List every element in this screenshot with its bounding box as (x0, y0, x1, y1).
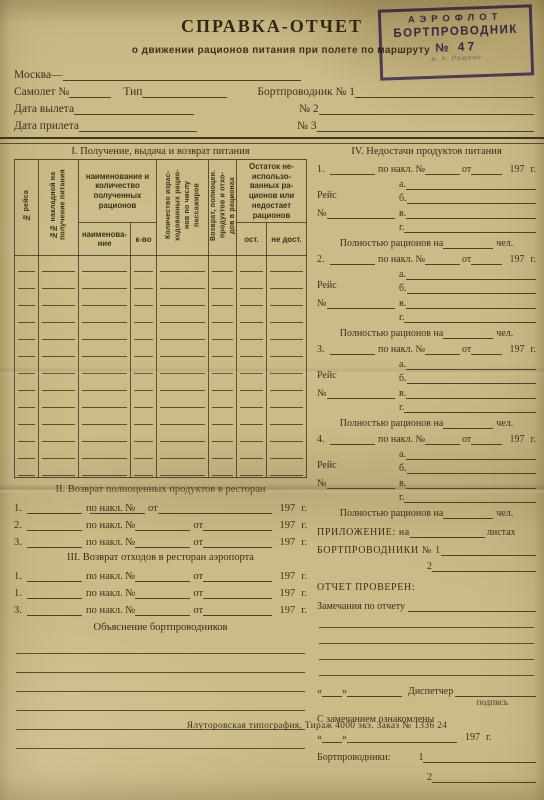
header-divider (0, 137, 544, 144)
column-header-received-group: наименование и количество полученных рац… (79, 160, 157, 223)
fill-line (27, 585, 82, 599)
fill-line (203, 585, 271, 599)
fill-line (423, 749, 536, 763)
fill-line (27, 534, 82, 548)
blank-line (16, 635, 305, 654)
blank-line (16, 654, 305, 673)
fill-line (203, 517, 271, 531)
fill-line (27, 500, 82, 514)
fill-line (406, 385, 536, 399)
fill-line (158, 500, 272, 514)
fill-line (135, 585, 190, 599)
aircraft-no-line (69, 84, 111, 98)
arrival-line (79, 118, 197, 132)
imprint: Ялуторовская типография, Тираж 4000 экз.… (0, 721, 544, 731)
aircraft-label: Самолет № (14, 86, 69, 98)
fill-line (406, 176, 536, 190)
fill-line (406, 266, 536, 280)
fill-line (135, 534, 190, 548)
report-checked-row: ОТЧЕТ ПРОВЕРЕН: (317, 577, 536, 593)
blank-line (16, 673, 305, 692)
fill-line (407, 370, 536, 384)
fill-line (347, 729, 457, 743)
fill-line (425, 341, 460, 355)
column-header-used: Количество израс- ходованных рацио- нов … (157, 160, 209, 256)
left-column: I. Получение, выдача и возврат питания №… (14, 144, 307, 783)
fill-line (432, 769, 536, 783)
fill-line (443, 235, 493, 249)
fill-line (443, 325, 493, 339)
arrival-row: Дата прилета № 3 (14, 115, 534, 132)
flight-no-line (327, 475, 395, 489)
table-row (15, 443, 307, 460)
blank-line (16, 730, 305, 749)
remarks-row: Замечания по отчету (317, 596, 536, 612)
section4-title: IV. Недостачи продуктов питания (317, 144, 536, 159)
ration-table: № рейса №№ накладной на получение питани… (14, 160, 307, 478)
departure-row: Дата вылета № 2 (14, 98, 534, 115)
column-header-ost: ост. (237, 223, 267, 256)
flight-label: Рейс (317, 458, 395, 473)
return-row: 2. по накл. № от 197 г. (14, 514, 307, 531)
form-page: АЭРОФЛОТ БОРТПРОВОДНИК № 47 а. п. Рощино… (0, 0, 544, 800)
table-row (15, 256, 307, 274)
flight-label: Рейс (317, 278, 395, 293)
ration-table-body (15, 256, 307, 478)
fill-line (90, 500, 145, 514)
table-row (15, 358, 307, 375)
attendants-sign-row2: 2 (317, 767, 536, 783)
attendant1-label: Бортпроводник № 1 (257, 86, 355, 98)
waste-return-row: 3. по накл. № от 197 г. (14, 599, 307, 616)
waste-return-row: 1. по накл. № от 197 г. (14, 582, 307, 599)
blank-line (319, 612, 534, 628)
departure-label: Дата вылета (14, 103, 74, 115)
signature-line (455, 683, 536, 697)
table-row (15, 341, 307, 358)
table-row (15, 375, 307, 392)
fill-line (471, 431, 501, 445)
fill-line (27, 568, 82, 582)
table-row (15, 426, 307, 443)
fill-line (347, 683, 402, 697)
fill-line (404, 399, 536, 413)
attendants-row: БОРТПРОВОДНИКИ № 1 (317, 540, 536, 556)
fill-line (406, 446, 536, 460)
right-column: IV. Недостачи продуктов питания 1. по на… (317, 144, 536, 783)
column-header-qty: к-во (131, 223, 157, 256)
fill-line (322, 729, 342, 743)
attendant2-row: 2 (317, 556, 536, 572)
route-line (63, 67, 301, 81)
section3-title: III. Возврат отходов в ресторан аэропорт… (14, 550, 307, 565)
dispatcher-row: « » Диспетчер (317, 681, 536, 697)
fill-line (471, 161, 501, 175)
arrival-label: Дата прилета (14, 120, 79, 132)
fill-line (27, 517, 82, 531)
shortage-block: 4. по накл. № от 197 г. Рейс № (317, 429, 536, 519)
fill-line (471, 251, 501, 265)
flight-no-line (327, 385, 395, 399)
table-row (15, 324, 307, 341)
explanation-lines (14, 635, 307, 749)
flight-no-line (327, 295, 395, 309)
shortage-block: 1. по накл. № от 197 г. Рейс № (317, 159, 536, 249)
fill-line (330, 341, 375, 355)
fill-line (322, 683, 342, 697)
waste-return-row: 1. по накл. № от 197 г. (14, 565, 307, 582)
explanation-title: Объяснение бортпроводников (14, 620, 307, 635)
section1-title: I. Получение, выдача и возврат питания (14, 144, 307, 160)
attachment-row: ПРИЛОЖЕНИЕ: на листах (317, 522, 536, 538)
attendant1-line (355, 84, 534, 98)
aeroflot-stamp: АЭРОФЛОТ БОРТПРОВОДНИК № 47 а. п. Рощино (378, 4, 534, 80)
fill-line (135, 602, 190, 616)
signature-caption: подпись (317, 697, 536, 707)
fill-line (404, 219, 536, 233)
blank-line (319, 628, 534, 644)
fill-line (443, 505, 493, 519)
flight-label: Рейс (317, 188, 395, 203)
fill-line (406, 295, 536, 309)
table-row (15, 273, 307, 290)
column-header-remainder-group: Остаток не- использо- ванных ра- ционов … (237, 160, 307, 223)
fill-line (203, 602, 271, 616)
shortage-block: 2. по накл. № от 197 г. Рейс № (317, 249, 536, 339)
flight-label: Рейс (317, 368, 395, 383)
shortage-block: 3. по накл. № от 197 г. Рейс № (317, 339, 536, 429)
table-row (15, 392, 307, 409)
table-row (15, 290, 307, 307)
column-header-name: наименова- ние (79, 223, 131, 256)
fill-line (330, 431, 375, 445)
fill-line (432, 558, 536, 572)
fill-line (471, 341, 501, 355)
attendant2-label: № 2 (299, 103, 319, 115)
type-line (142, 84, 227, 98)
fill-line (135, 568, 190, 582)
table-row (15, 460, 307, 478)
column-header-flight-no: № рейса (15, 160, 39, 256)
fill-line (408, 598, 536, 612)
fill-line (425, 161, 460, 175)
return-row: 3. по накл. № от 197 г. (14, 531, 307, 548)
table-row (15, 409, 307, 426)
fill-line (410, 524, 485, 538)
attendant2-line (319, 101, 534, 115)
blank-line (319, 660, 534, 676)
fill-line (203, 534, 271, 548)
fill-line (27, 602, 82, 616)
attendant3-label: № 3 (297, 120, 317, 132)
fill-line (203, 568, 271, 582)
fill-line (407, 460, 536, 474)
fill-line (425, 431, 460, 445)
attendants-sign-row: Бортпроводники: 1 (317, 747, 536, 763)
column-header-invoice-no: №№ накладной на получение питания (39, 160, 79, 256)
section2-title: II. Возврат полноценных продуктов в рест… (14, 482, 307, 497)
fill-line (407, 190, 536, 204)
flight-no-line (327, 205, 395, 219)
fill-line (330, 161, 375, 175)
departure-line (74, 101, 194, 115)
fill-line (135, 517, 190, 531)
fill-line (407, 280, 536, 294)
fill-line (404, 309, 536, 323)
aircraft-row: Самолет № Тип Бортпроводник № 1 (14, 81, 534, 98)
column-header-nedost: не дост. (267, 223, 307, 256)
city-label: Москва— (14, 69, 63, 81)
fill-line (330, 251, 375, 265)
attendant3-line (317, 118, 534, 132)
fill-line (406, 475, 536, 489)
fill-line (443, 415, 493, 429)
fill-line (404, 489, 536, 503)
fill-line (425, 251, 460, 265)
return-row: 1. по накл. № от 197 г. (14, 497, 307, 514)
table-row (15, 307, 307, 324)
blank-line (16, 692, 305, 711)
fill-line (406, 356, 536, 370)
column-header-return: Возврат, полноцен. продуктов и отхо- дов… (209, 160, 237, 256)
fill-line (441, 542, 536, 556)
fill-line (406, 205, 536, 219)
blank-line (319, 644, 534, 660)
type-label: Тип (123, 86, 142, 98)
